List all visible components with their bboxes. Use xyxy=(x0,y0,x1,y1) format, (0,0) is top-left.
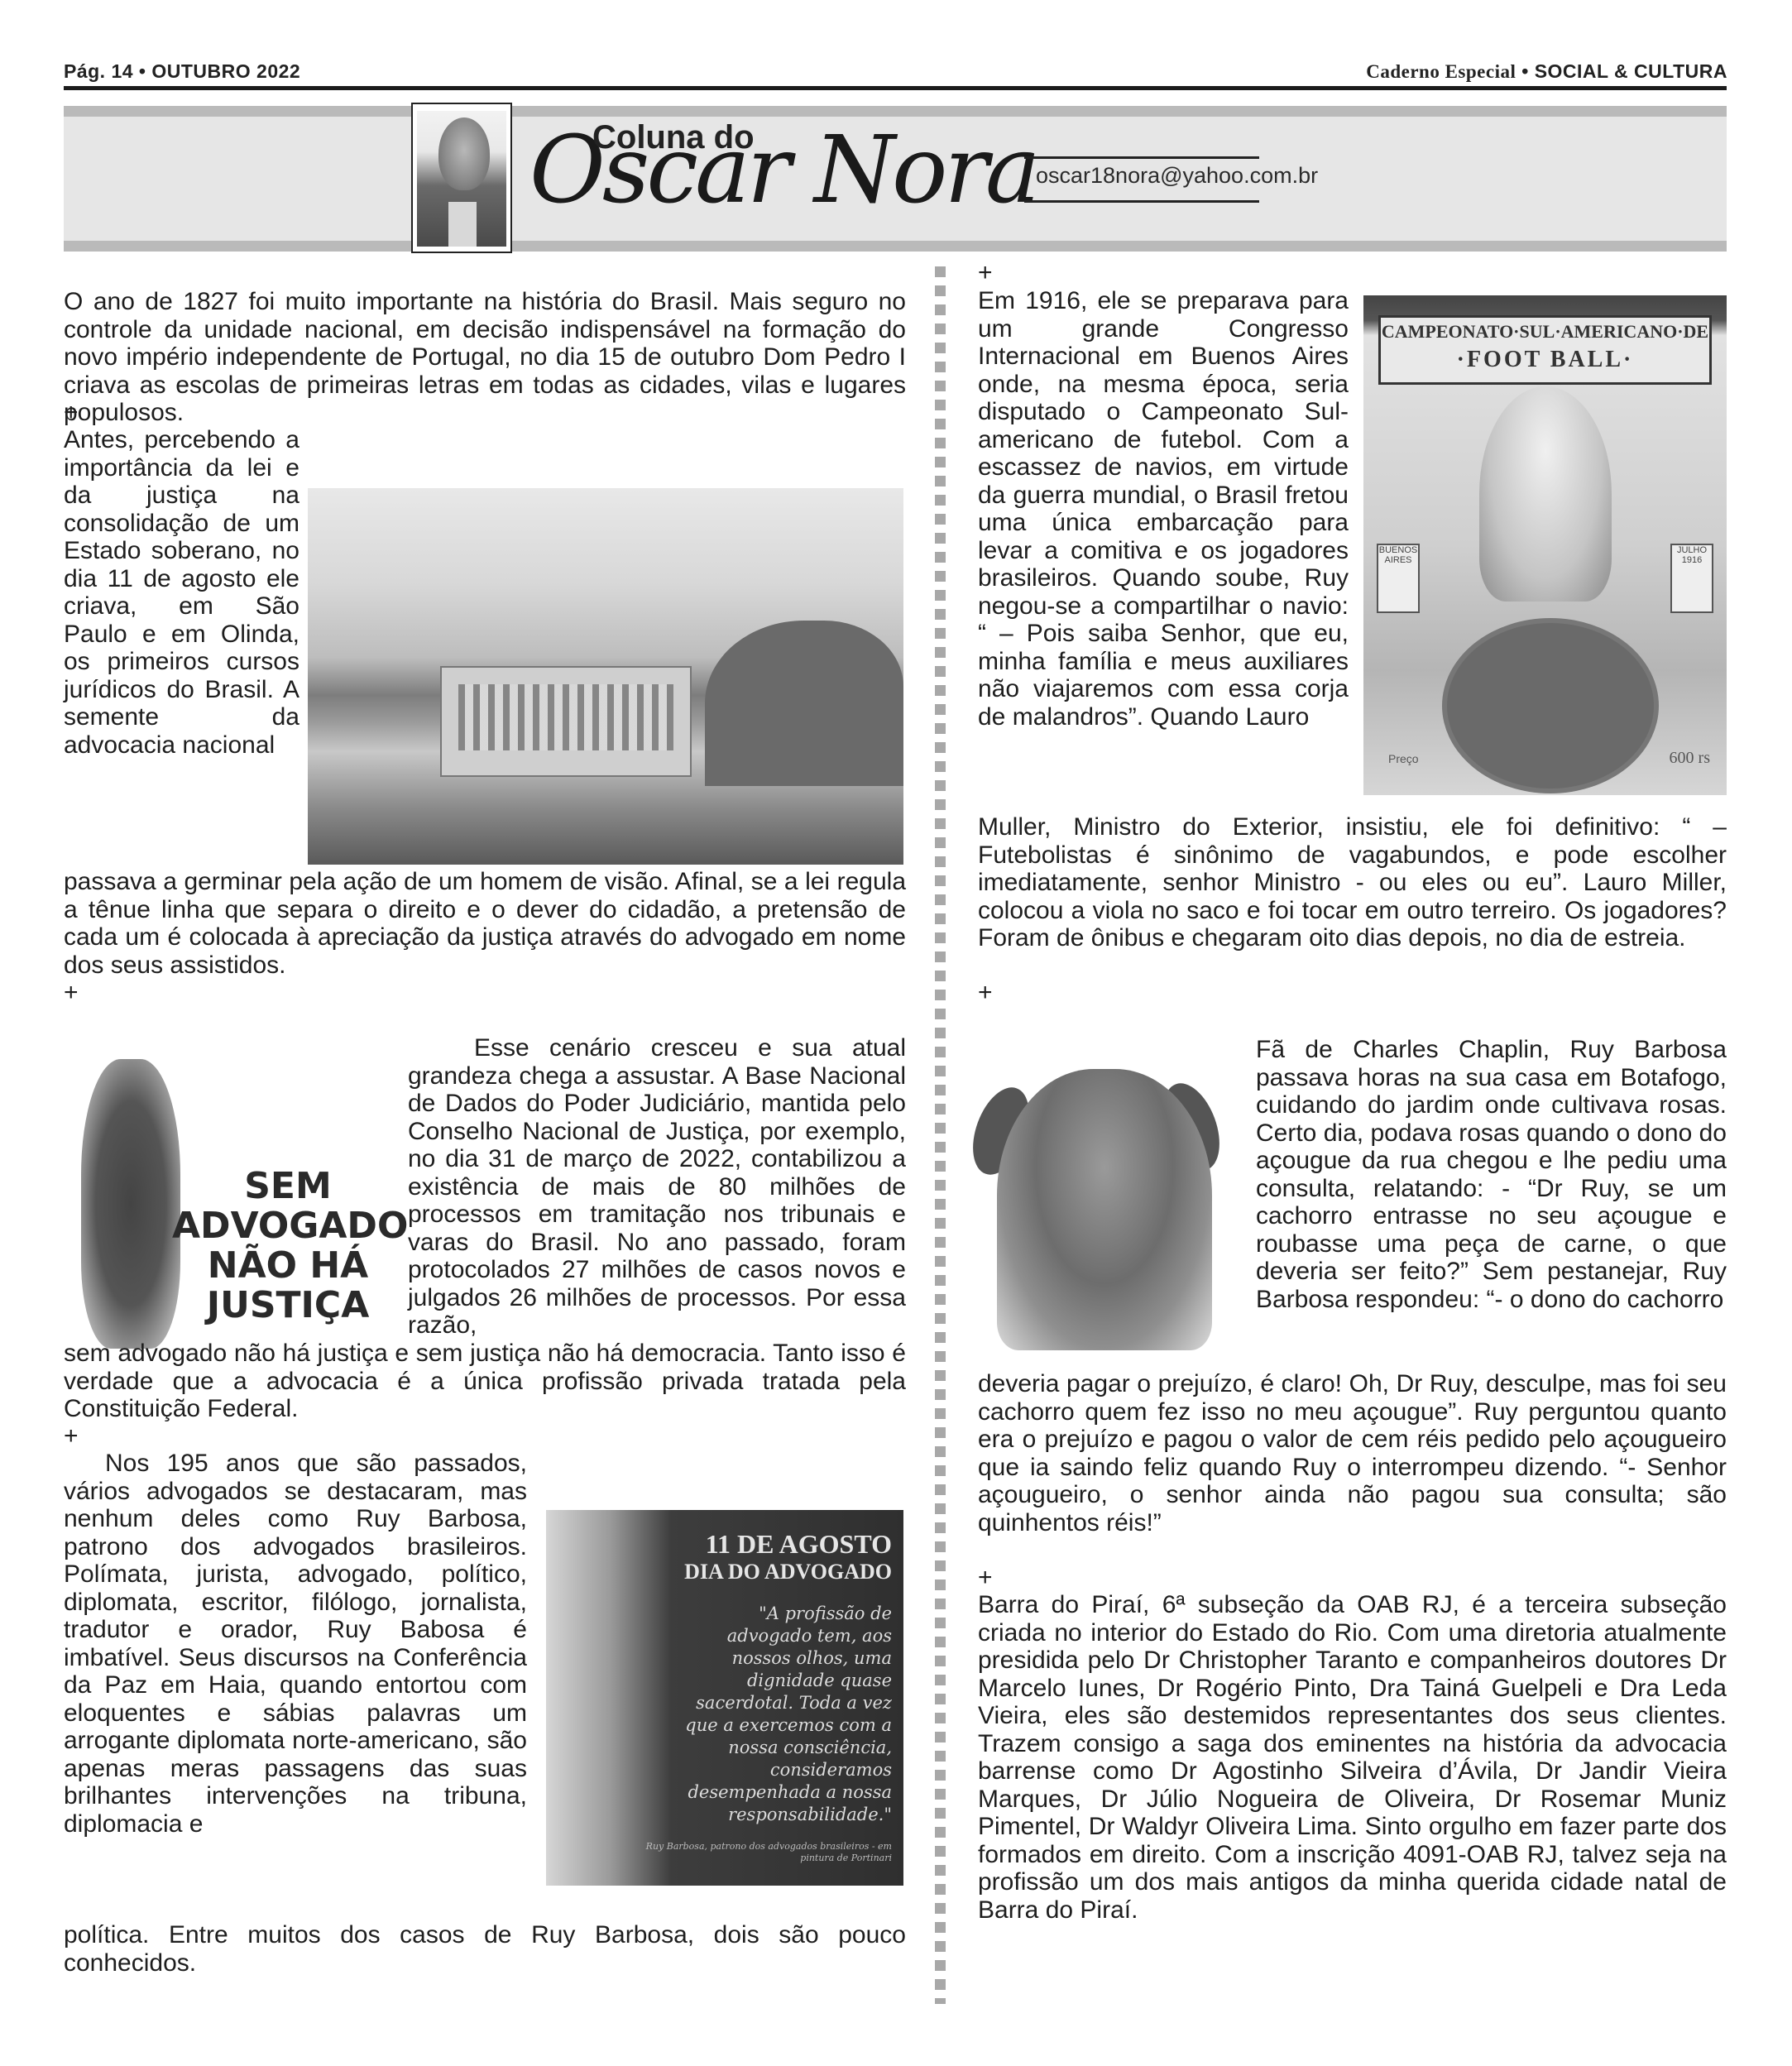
left-p2-full: passava a germinar pela ação de um homem… xyxy=(64,868,906,979)
engraving-trees xyxy=(705,621,903,786)
columnist-email-link[interactable]: oscar18nora@yahoo.com.br xyxy=(1036,163,1318,189)
football-poster-image: CAMPEONATO·SUL·AMERICANO·DE ·FOOT BALL· … xyxy=(1363,295,1727,795)
justice-slogan: SEM ADVOGADO NÃO HÁ JUSTIÇA xyxy=(172,1167,404,1325)
left-p3-full: sem advogado não há justiça e sem justiç… xyxy=(64,1340,906,1423)
right-p5-full: Muller, Ministro do Exterior, insistiu, … xyxy=(978,813,1727,952)
poster-angel-figure xyxy=(1479,386,1612,602)
poster-price-right: 600 rs xyxy=(1670,749,1710,768)
section-separator: • xyxy=(1516,60,1534,82)
lady-justice-figure-icon xyxy=(81,1059,180,1349)
poster-title-line: ·FOOT BALL· xyxy=(1381,346,1709,374)
section-topic: SOCIAL & CULTURA xyxy=(1535,60,1727,82)
section-header: Caderno Especial • SOCIAL & CULTURA xyxy=(1366,60,1727,83)
slogan-line: SEM xyxy=(172,1167,404,1206)
right-p6-full: deveria pagar o prejuízo, é claro! Oh, D… xyxy=(978,1370,1727,1536)
dog-image xyxy=(972,1052,1245,1350)
column-divider xyxy=(935,266,946,2004)
poster-right-panel: JULHO 1916 xyxy=(1670,544,1713,613)
left-p1: O ano de 1827 foi muito importante na hi… xyxy=(64,288,906,427)
left-p4-wrap: Nos 195 anos que são passados, vários ad… xyxy=(64,1450,527,1838)
poster-title-plate: CAMPEONATO·SUL·AMERICANO·DE ·FOOT BALL· xyxy=(1378,315,1712,385)
poster-left-panel: BUENOS AIRES xyxy=(1377,544,1420,613)
slogan-line: JUSTIÇA xyxy=(172,1286,404,1325)
poster-title-line: CAMPEONATO·SUL·AMERICANO·DE xyxy=(1381,318,1709,346)
banner-band-bottom xyxy=(64,241,1727,252)
engraving-image xyxy=(308,488,903,865)
portrait-head xyxy=(438,117,490,190)
page-date-header: Pág. 14 • OUTUBRO 2022 xyxy=(64,60,300,83)
right-p6-wrap: Fã de Charles Chaplin, Ruy Barbosa passa… xyxy=(1256,1036,1727,1313)
column-title-kicker: Coluna do xyxy=(592,119,755,156)
slogan-line: NÃO HÁ xyxy=(172,1246,404,1286)
separator-plus: + xyxy=(978,1564,993,1592)
poster-price-left: Preço xyxy=(1388,752,1419,765)
ruy-barbosa-image: 11 DE AGOSTO DIA DO ADVOGADO "A profissã… xyxy=(546,1510,903,1886)
left-p3-wrap: Esse cenário cresceu e sua atual grandez… xyxy=(408,1034,906,1340)
engraving-building xyxy=(440,666,692,777)
right-p7: Barra do Piraí, 6ª subseção da OAB RJ, é… xyxy=(978,1591,1727,1924)
header-rule xyxy=(64,86,1727,90)
separator-plus: + xyxy=(978,259,993,287)
separator-plus: + xyxy=(978,979,993,1007)
dog-body xyxy=(997,1069,1212,1350)
section-name: Caderno Especial xyxy=(1366,61,1516,82)
separator-plus: + xyxy=(64,1422,79,1450)
separator-plus: + xyxy=(64,399,79,427)
ruy-title-line: 11 DE AGOSTO xyxy=(684,1530,892,1558)
slogan-line: ADVOGADO xyxy=(172,1206,404,1246)
banner-band-top xyxy=(64,106,1727,117)
poster-match-oval xyxy=(1442,618,1659,793)
ruy-caption: Ruy Barbosa, patrono dos advogados brasi… xyxy=(644,1841,892,1864)
justice-image: SEM ADVOGADO NÃO HÁ JUSTIÇA xyxy=(65,1051,404,1357)
ruy-title-line: DIA DO ADVOGADO xyxy=(684,1558,892,1586)
portrait-shirt xyxy=(448,202,477,247)
ruy-image-title: 11 DE AGOSTO DIA DO ADVOGADO xyxy=(684,1530,892,1586)
right-p5-wrap: Em 1916, ele se preparava para um grande… xyxy=(978,287,1349,731)
left-p4-full: política. Entre muitos dos casos de Ruy … xyxy=(64,1921,906,1977)
left-p2-wrap: Antes, percebendo a importância da lei e… xyxy=(64,426,299,759)
portrait-photo xyxy=(417,111,506,247)
ruy-quote: "A profissão de advogado tem, aos nossos… xyxy=(668,1603,892,1826)
separator-plus: + xyxy=(64,979,79,1007)
columnist-portrait xyxy=(411,103,512,253)
